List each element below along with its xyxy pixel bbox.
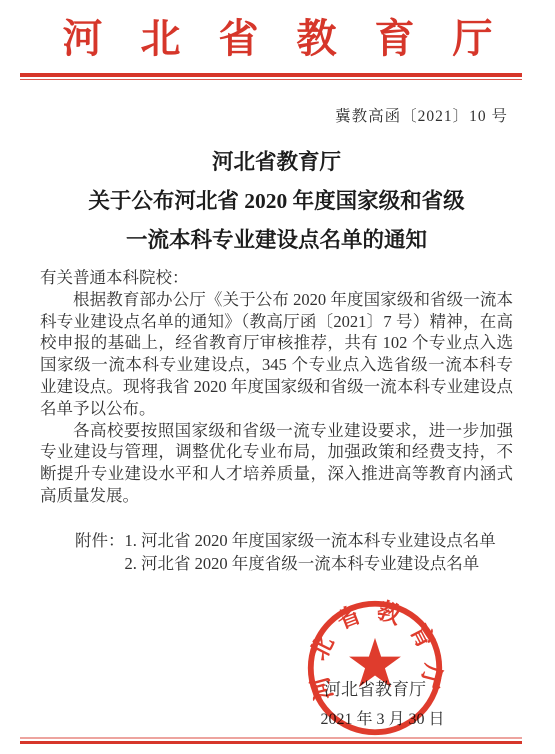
- title-line-3: 一流本科专业建设点名单的通知: [40, 221, 513, 260]
- attachments-label: 附件：: [75, 530, 125, 553]
- footer-divider: [20, 737, 522, 744]
- attachment-item-2: 2. 河北省 2020 年度省级一流本科专业建设点名单: [125, 553, 496, 576]
- document-page: 河北省教育厅 冀教高函〔2021〕10 号 河北省教育厅 关于公布河北省 202…: [0, 0, 555, 754]
- salutation: 有关普通本科院校：: [40, 267, 513, 289]
- attachments-block: 附件： 1. 河北省 2020 年度国家级一流本科专业建设点名单 2. 河北省 …: [75, 530, 496, 575]
- footer-divider-thick-line: [20, 741, 522, 744]
- attachment-item-1: 1. 河北省 2020 年度国家级一流本科专业建设点名单: [125, 530, 496, 553]
- document-number: 冀教高函〔2021〕10 号: [335, 104, 508, 126]
- footer-divider-thin-line: [20, 737, 522, 739]
- body-paragraph-1: 根据教育部办公厅《关于公布 2020 年度国家级和省级一流本科专业建设点名单的通…: [40, 289, 513, 420]
- header-divider-thick-line: [20, 73, 522, 77]
- title-line-2: 关于公布河北省 2020 年度国家级和省级: [40, 182, 513, 221]
- attachments-list: 1. 河北省 2020 年度国家级一流本科专业建设点名单 2. 河北省 2020…: [125, 530, 496, 575]
- header-divider: [20, 73, 522, 80]
- document-body: 有关普通本科院校： 根据教育部办公厅《关于公布 2020 年度国家级和省级一流本…: [40, 267, 513, 507]
- body-paragraph-2: 各高校要按照国家级和省级一流专业建设要求，进一步加强专业建设与管理，调整优化专业…: [40, 420, 513, 507]
- document-title: 河北省教育厅 关于公布河北省 2020 年度国家级和省级 一流本科专业建设点名单…: [40, 143, 513, 260]
- header-divider-thin-line: [20, 79, 522, 81]
- signoff-date: 2021 年 3 月 30 日: [295, 709, 470, 731]
- letterhead-org-name: 河北省教育厅: [0, 14, 555, 64]
- signature-org-name: 河北省教育厅: [302, 679, 448, 701]
- title-line-1: 河北省教育厅: [40, 143, 513, 182]
